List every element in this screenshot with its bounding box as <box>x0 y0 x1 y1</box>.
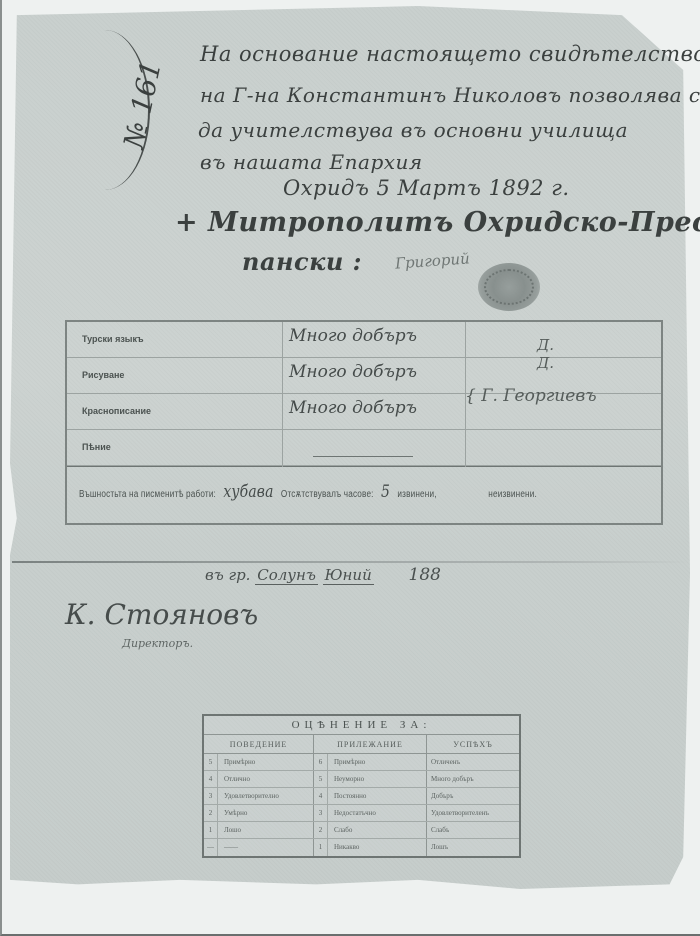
table-row: ——— 1Никакво Лошъ <box>204 839 519 856</box>
place-date: Охридъ 5 Мартъ 1892 г. <box>283 176 570 200</box>
diligence-label: Примѣрно <box>328 754 365 770</box>
table-row: 4Отлично 5Неуморно Много добъръ <box>204 771 519 788</box>
table-row: 5Примѣрно 6Примѣрно Отличенъ <box>204 754 519 771</box>
grade-value: Много добъръ <box>289 398 417 418</box>
evaluation-scale-table: ОЦѢНЕНИЕ ЗА: ПОВЕДЕНИЕ ПРИЛЕЖАНИЕ УСПѢХЪ… <box>202 714 521 858</box>
behavior-label: Отлично <box>218 771 250 787</box>
success-label: Удовлетворителенъ <box>427 805 519 821</box>
absences-label: Отсѫтствувалъ часове: <box>281 489 374 500</box>
grades-table: Турски языкъ Много добъръ Рисуване Много… <box>65 320 663 525</box>
diligence-num: 4 <box>314 788 328 804</box>
success-label: Добъръ <box>427 788 519 804</box>
excused-label: извинени, <box>397 489 436 500</box>
teacher-name: { Г. Георгиевъ <box>465 386 597 406</box>
certificate-text-line: да учителствува въ основни училища <box>198 118 628 142</box>
table-row: 3Удовлетворително 4Постоянно Добъръ <box>204 788 519 805</box>
absences-value: 5 <box>376 482 395 502</box>
behavior-num: 2 <box>204 805 218 821</box>
behavior-num: 5 <box>204 754 218 770</box>
behavior-label: Умѣрно <box>218 805 247 821</box>
date-place: Солунъ <box>255 566 318 585</box>
behavior-num: 1 <box>204 822 218 838</box>
behavior-num: 3 <box>204 788 218 804</box>
scale-header-row: ПОВЕДЕНИЕ ПРИЛЕЖАНИЕ УСПѢХЪ <box>204 735 519 754</box>
behavior-label: —— <box>218 839 238 856</box>
diligence-label: Слабо <box>328 822 352 838</box>
table-row: Пѣние <box>67 430 661 466</box>
diligence-label: Недостатъчно <box>328 805 376 821</box>
diligence-label: Никакво <box>328 839 359 856</box>
success-label: Лошъ <box>427 839 519 856</box>
behavior-label: Удовлетворително <box>218 788 279 804</box>
teacher-initials: Д. Д. <box>537 336 554 372</box>
scale-title: ОЦѢНЕНИЕ ЗА: <box>204 716 519 735</box>
certificate-text-line: въ нашата Епархия <box>200 150 423 174</box>
lower-date-line: въ гр. Солунъ Юний 188 <box>205 565 441 585</box>
header-behavior: ПОВЕДЕНИЕ <box>204 735 314 753</box>
diligence-num: 1 <box>314 839 328 856</box>
behavior-num: 4 <box>204 771 218 787</box>
diligence-label: Неуморно <box>328 771 364 787</box>
success-label: Слабъ <box>427 822 519 838</box>
success-label: Отличенъ <box>427 754 519 770</box>
table-row: 2Умѣрно 3Недостатъчно Удовлетворителенъ <box>204 805 519 822</box>
diligence-label: Постоянно <box>328 788 366 804</box>
diligence-num: 2 <box>314 822 328 838</box>
director-label: Директоръ. <box>122 637 193 650</box>
subject-label: Рисуване <box>82 370 124 380</box>
subject-label: Краснописание <box>82 406 151 416</box>
date-year: 188 <box>409 565 441 585</box>
certificate-text-line: на Г-на Константинъ Николовъ позволява с… <box>200 83 700 107</box>
grade-value: Много добъръ <box>289 326 417 346</box>
date-prefix: въ гр. <box>205 566 250 584</box>
seal-stamp-icon <box>478 263 540 311</box>
header-diligence: ПРИЛЕЖАНИЕ <box>314 735 427 753</box>
excused-value <box>439 482 488 502</box>
fold-line <box>12 561 688 563</box>
diligence-num: 5 <box>314 771 328 787</box>
subject-label: Пѣние <box>82 442 111 452</box>
grades-footer: Въшностьта на писменитѣ работи: хубава О… <box>79 482 550 502</box>
subject-label: Турски языкъ <box>82 334 144 344</box>
diligence-num: 3 <box>314 805 328 821</box>
column-divider <box>282 322 283 467</box>
behavior-num: — <box>204 839 218 856</box>
issuer-title: + Митрополитъ Охридско-Прес — <box>175 207 700 238</box>
behavior-label: Лошо <box>218 822 241 838</box>
certificate-text-line: На основание настоящето свидѣтелство <box>200 42 700 66</box>
table-row: 1Лошо 2Слабо Слабъ <box>204 822 519 839</box>
written-work-value: хубава <box>218 482 278 502</box>
written-work-label: Въшностьта на писменитѣ работи: <box>79 489 216 500</box>
director-signature: К. Стояновъ <box>65 598 258 631</box>
unexcused-label: неизвинени. <box>488 489 537 500</box>
diligence-num: 6 <box>314 754 328 770</box>
success-label: Много добъръ <box>427 771 519 787</box>
issuer-title-cont: пански : <box>242 247 362 276</box>
blank-grade-line <box>313 456 413 457</box>
grade-value: Много добъръ <box>289 362 417 382</box>
date-day: Юний <box>323 566 374 585</box>
header-success: УСПѢХЪ <box>427 735 519 753</box>
table-row: Турски языкъ Много добъръ <box>67 322 661 358</box>
behavior-label: Примѣрно <box>218 754 255 770</box>
